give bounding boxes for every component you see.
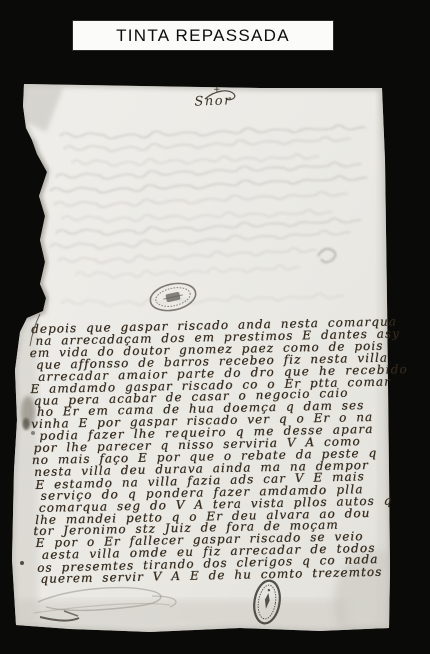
salutation: + Snor <box>178 85 249 109</box>
label-text: TINTA REPASSADA <box>116 26 290 46</box>
salutation-snor: Snor <box>178 94 248 109</box>
document-scan: + Snor depois que gaspar riscado anda ne… <box>0 0 430 654</box>
manuscript-text-block: depois que gaspar riscado anda nesta com… <box>31 317 392 586</box>
tinta-repassada-label: TINTA REPASSADA <box>72 20 334 51</box>
torn-edge <box>27 140 47 318</box>
bottom-edge-shading <box>16 600 346 630</box>
